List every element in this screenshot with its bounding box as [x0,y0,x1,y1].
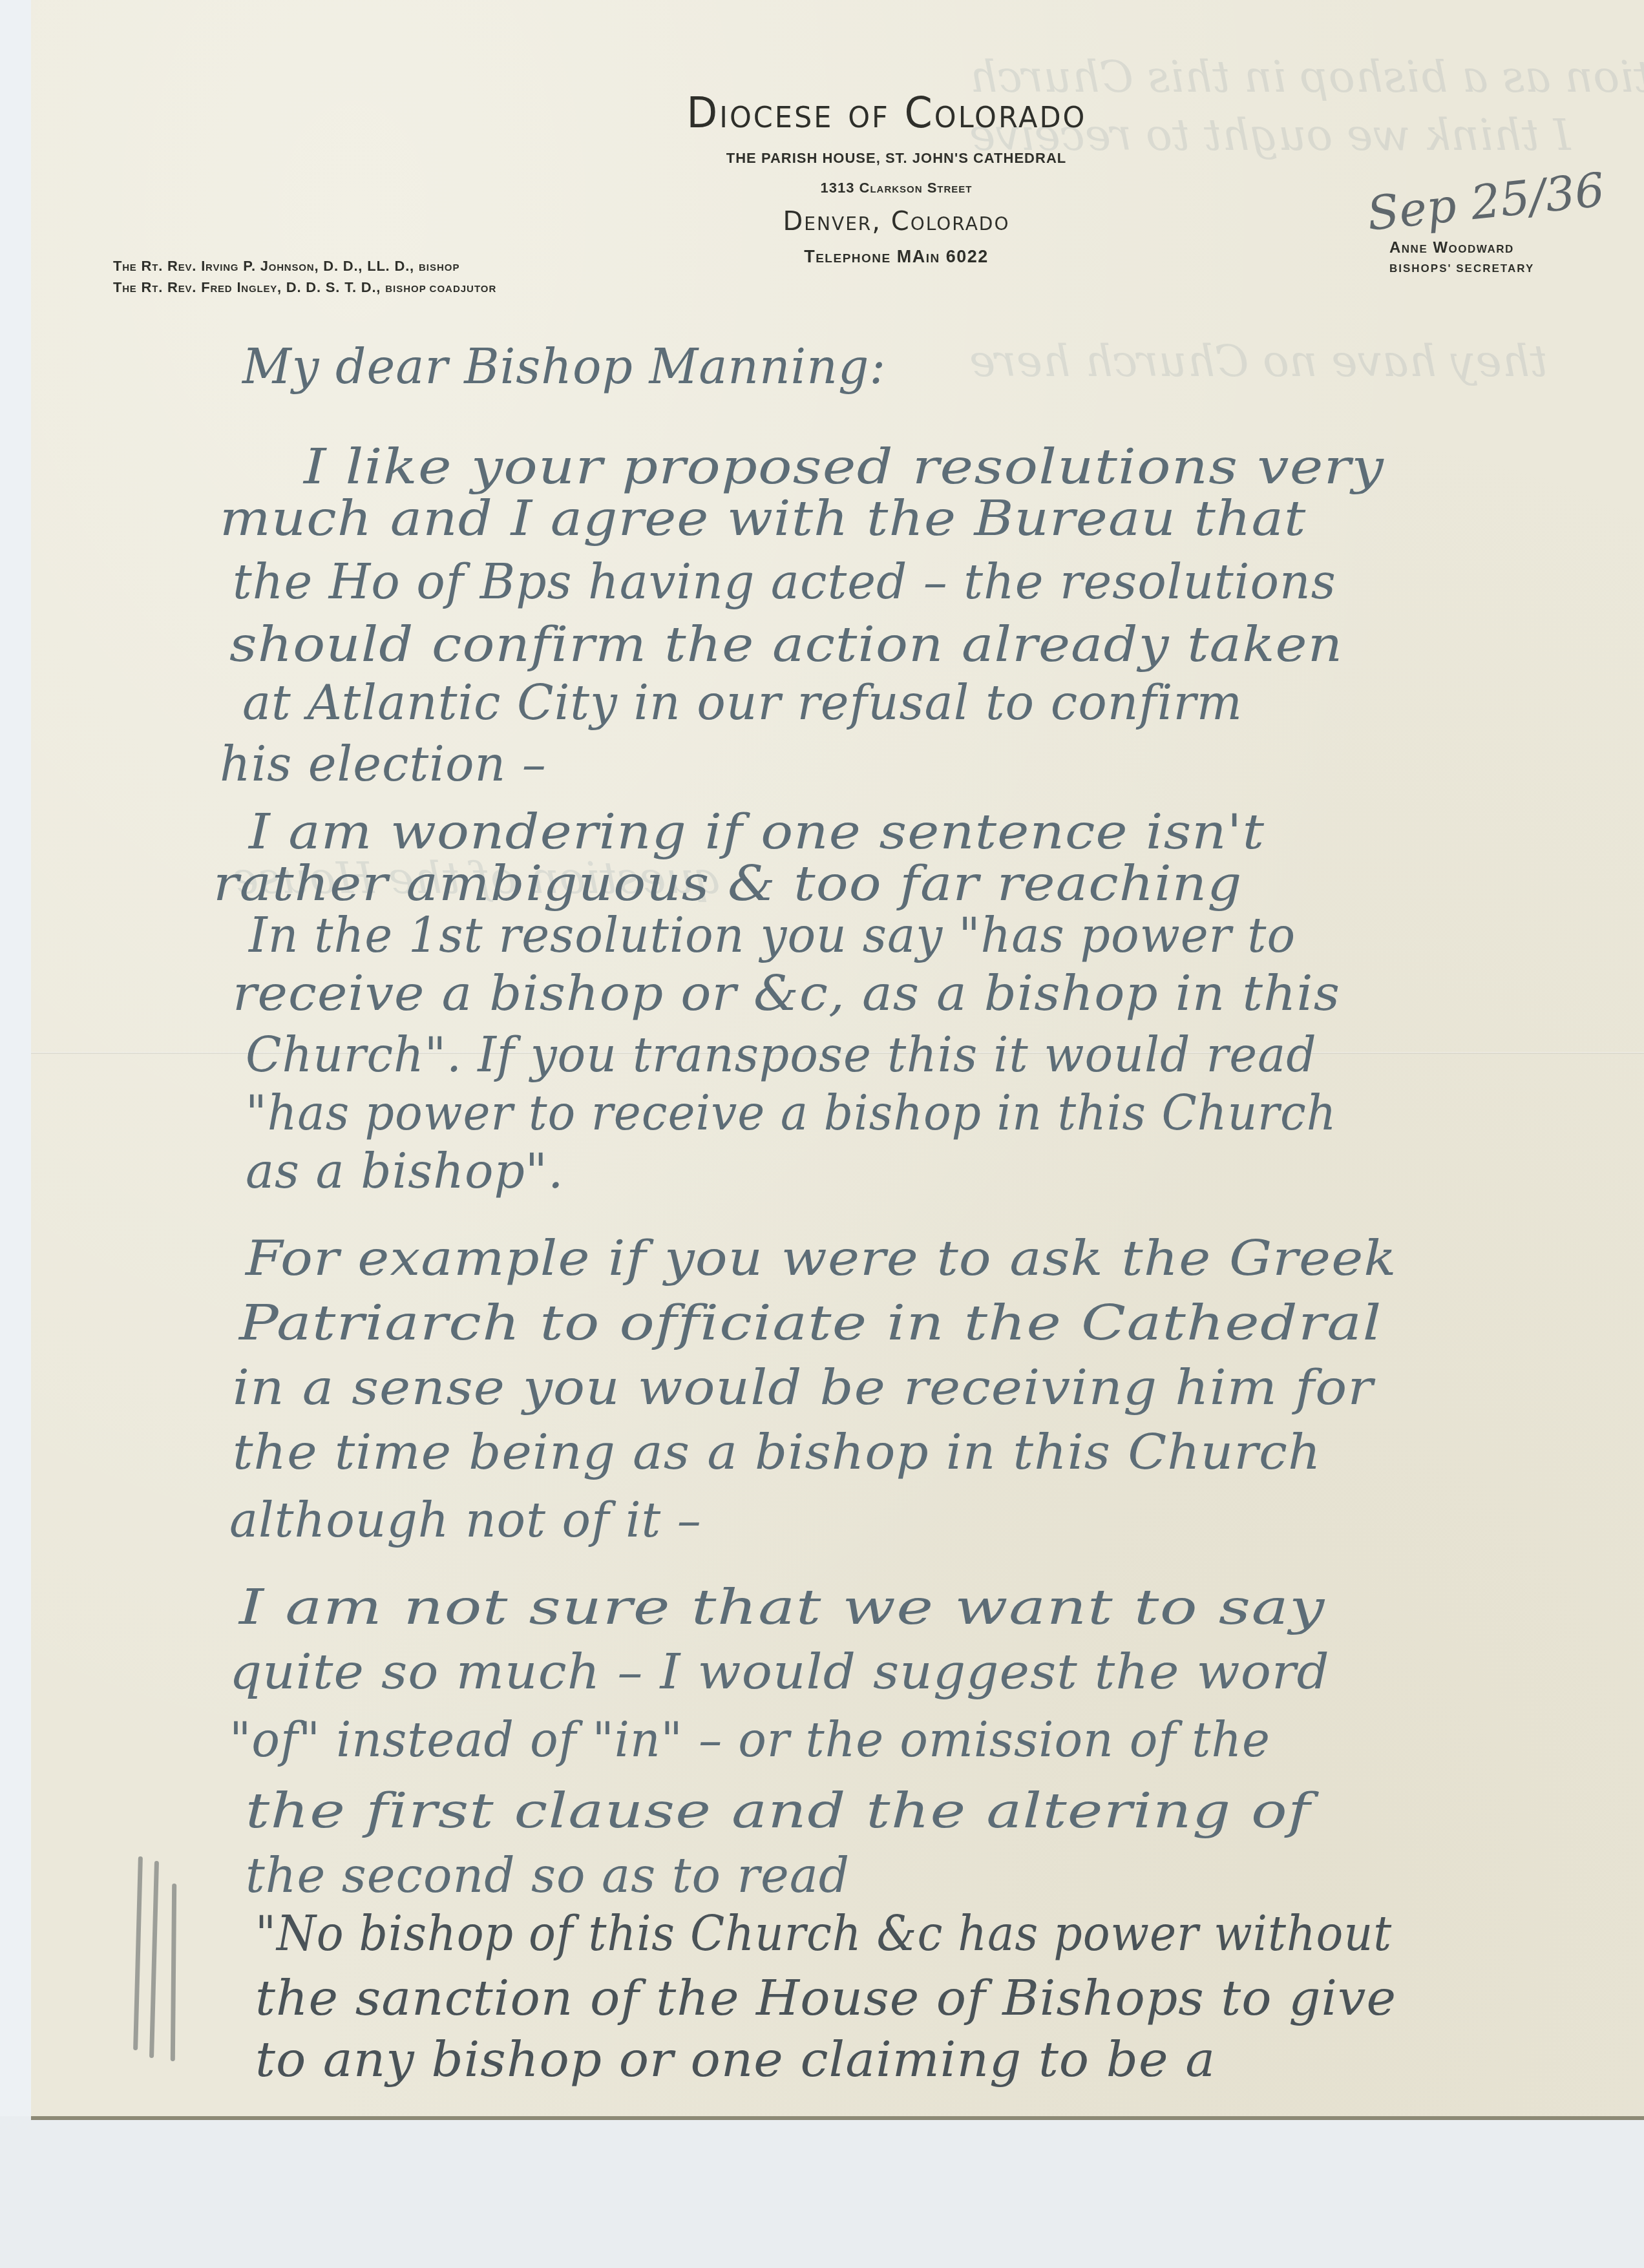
bleed-through-text: they have no Church here [969,336,1548,387]
clergy-role: BISHOP COADJUTOR [385,284,496,295]
secretary-name: Anne Woodward [1389,239,1534,257]
secretary-role: BISHOPS' SECRETARY [1389,262,1534,275]
letter-line: in a sense you would be receiving him fo… [233,1360,1373,1416]
clergy-line: The Rt. Rev. Fred Ingley, D. D. S. T. D.… [113,278,496,299]
letter-line: In the 1st resolution you say "has power… [249,908,1296,963]
letter-line: much and I agree with the Bureau that [220,491,1306,547]
letter-line: the time being as a bishop in this Churc… [233,1425,1322,1480]
clergy-role: BISHOP [419,262,460,273]
clergy-name: The Rt. Rev. Irving P. Johnson, D. D., L… [113,258,414,274]
letter-line: rather ambiguous & too far reaching [213,856,1243,912]
letterhead-clergy: The Rt. Rev. Irving P. Johnson, D. D., L… [113,257,496,299]
letter-line: as a bishop". [246,1144,564,1199]
salutation: My dear Bishop Manning: [242,339,886,395]
letter-line: Patriarch to officiate in the Cathedral [239,1296,1382,1351]
letter-line: I am not sure that we want to say [239,1580,1325,1635]
letter-line: the sanction of the House of Bishops to … [255,1971,1396,2026]
letterhead-address-line1: THE PARISH HOUSE, ST. JOHN'S CATHEDRAL [0,150,1644,167]
clergy-line: The Rt. Rev. Irving P. Johnson, D. D., L… [113,257,496,278]
letter-line: I am wondering if one sentence isn't [249,804,1265,860]
letter-line: should confirm the action already taken [229,617,1343,673]
clergy-name: The Rt. Rev. Fred Ingley, D. D. S. T. D.… [113,279,381,295]
letter-line: I like your proposed resolutions very [304,439,1384,495]
letter-line: "of" instead of "in" – or the omission o… [229,1712,1270,1768]
letterhead-secretary: Anne Woodward BISHOPS' SECRETARY [1389,239,1534,275]
letter-line: to any bishop or one claiming to be a [255,2032,1216,2088]
letter-line: the first clause and the altering of [246,1783,1311,1839]
scanner-margin [0,0,31,2116]
letter-line: For example if you were to ask the Greek [246,1231,1397,1286]
letter-line: receive a bishop or &c, as a bishop in t… [233,966,1340,1022]
letterhead-title: Diocese of Colorado [0,88,1644,138]
letter-line: at Atlantic City in our refusal to confi… [242,675,1243,731]
letter-line: the second so as to read [246,1848,850,1904]
letter-line: "No bishop of this Church &c has power w… [255,1906,1392,1962]
letter-line: the Ho of Bps having acted – the resolut… [233,554,1336,610]
letter-line: quite so much – I would suggest the word [229,1644,1330,1700]
letter-line: although not of it – [229,1493,702,1548]
letter-line: his election – [220,737,547,792]
letter-line: Church". If you transpose this it would … [246,1027,1317,1083]
letter-line: "has power to receive a bishop in this C… [246,1086,1337,1141]
